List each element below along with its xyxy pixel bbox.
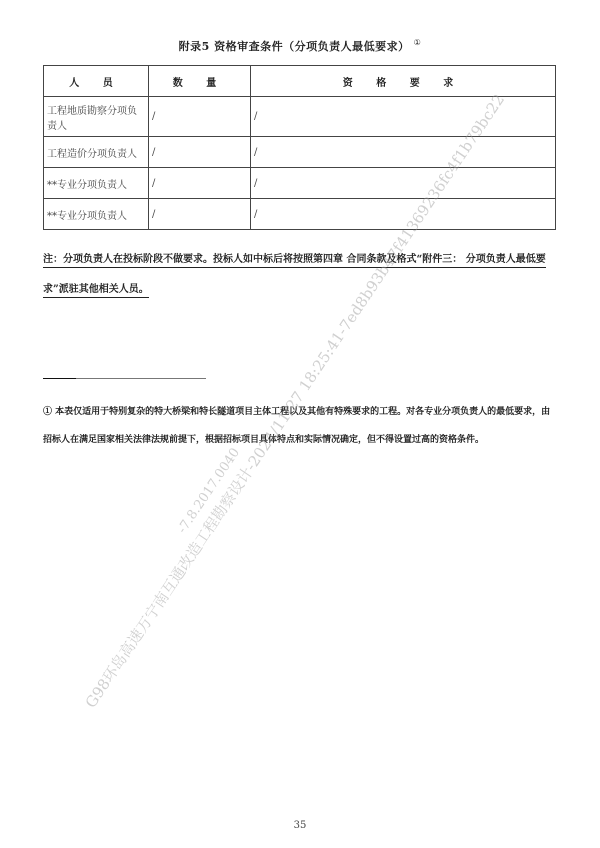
- cell-requirement: /: [251, 137, 556, 168]
- cell-person: **专业分项负责人: [44, 168, 149, 199]
- note-text: 注：分项负责人在投标阶段不做要求。投标人如中标后将按照第四章 合同条款及格式“附…: [43, 254, 546, 298]
- cell-quantity: /: [149, 97, 251, 137]
- header-quantity: 数 量: [149, 66, 251, 97]
- requirements-table: 人 员 数 量 资 格 要 求 工程地质勘察分项负责人 / / 工程造价分项负责…: [43, 65, 556, 230]
- table-note: 注：分项负责人在投标阶段不做要求。投标人如中标后将按照第四章 合同条款及格式“附…: [43, 245, 556, 305]
- header-requirement: 资 格 要 求: [251, 66, 556, 97]
- table-header-row: 人 员 数 量 资 格 要 求: [44, 66, 556, 97]
- footnote-divider: [43, 378, 206, 379]
- cell-person: **专业分项负责人: [44, 199, 149, 230]
- table-row: **专业分项负责人 / /: [44, 199, 556, 230]
- cell-requirement: /: [251, 97, 556, 137]
- header-person: 人 员: [44, 66, 149, 97]
- cell-quantity: /: [149, 199, 251, 230]
- cell-person: 工程地质勘察分项负责人: [44, 97, 149, 137]
- cell-person: 工程造价分项负责人: [44, 137, 149, 168]
- title-text: 附录5 资格审查条件（分项负责人最低要求）: [179, 40, 410, 53]
- page-number: 35: [0, 820, 600, 831]
- cell-requirement: /: [251, 168, 556, 199]
- cell-quantity: /: [149, 137, 251, 168]
- page-title: 附录5 资格审查条件（分项负责人最低要求）①: [0, 38, 600, 54]
- cell-quantity: /: [149, 168, 251, 199]
- table-row: **专业分项负责人 / /: [44, 168, 556, 199]
- footnote-mark: ①: [414, 38, 422, 47]
